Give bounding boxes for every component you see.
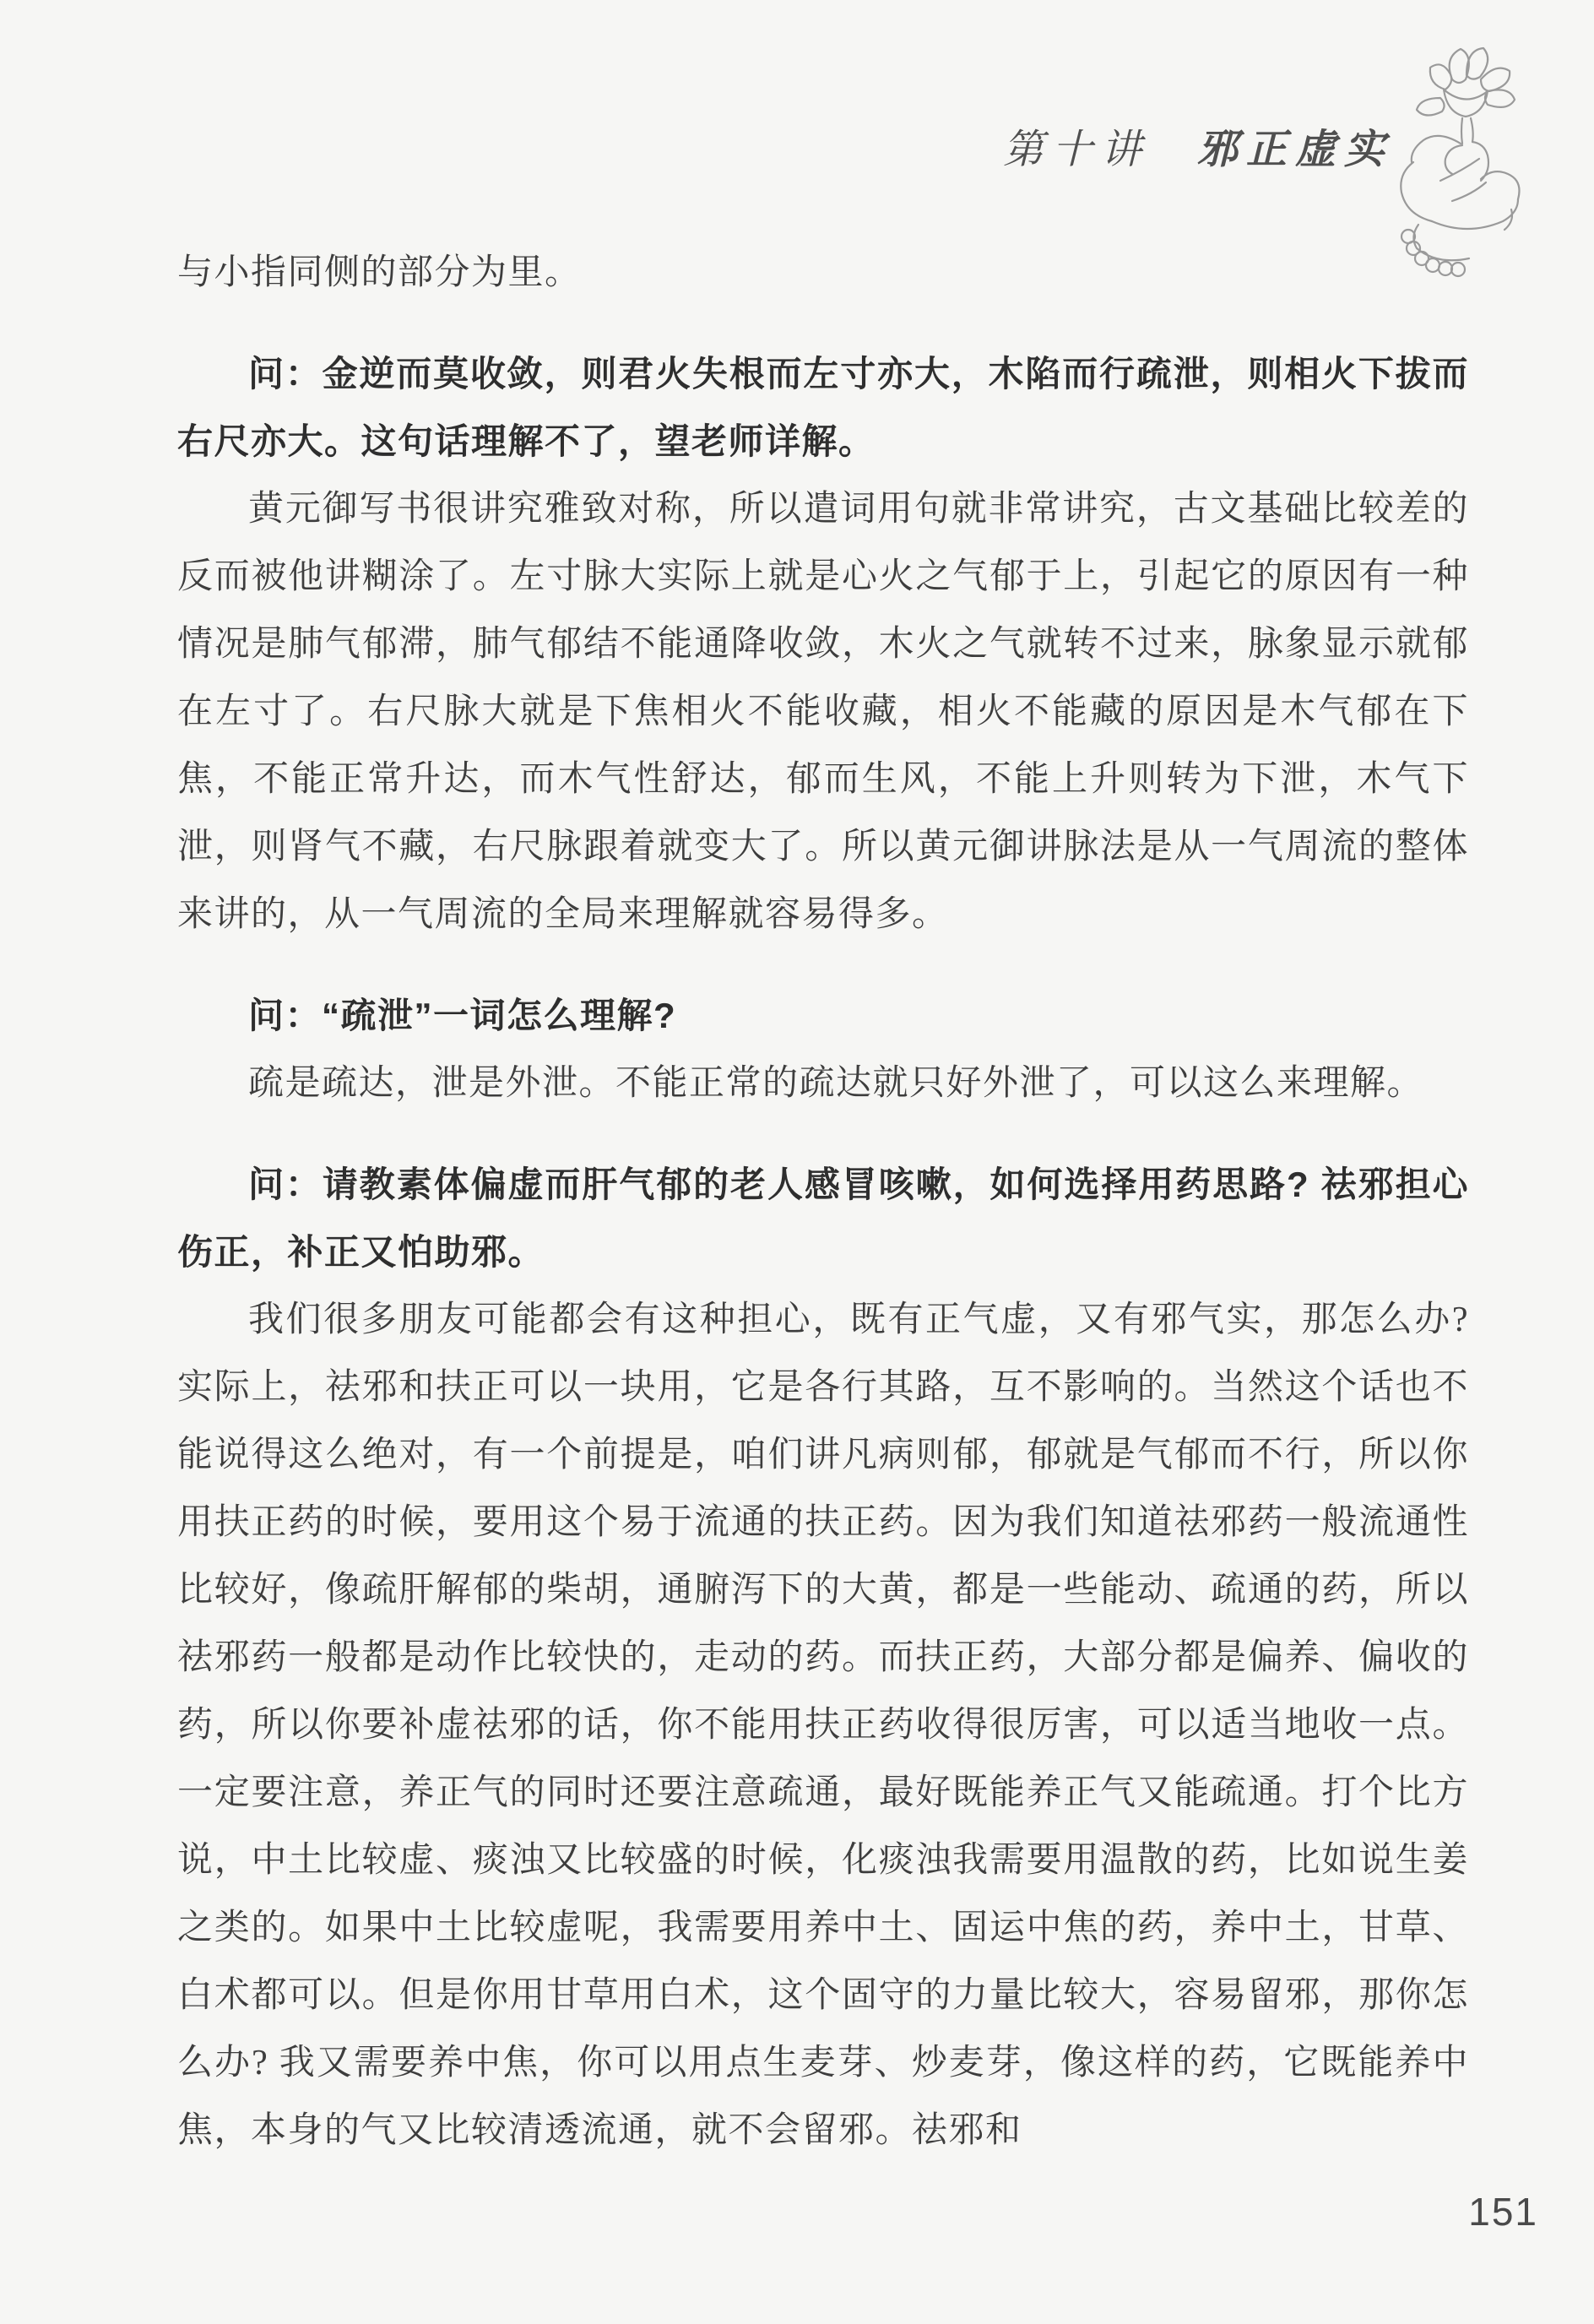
answer-paragraph: 疏是疏达，泄是外泄。不能正常的疏达就只好外泄了，可以这么来理解。	[177, 1050, 1469, 1117]
answer-paragraph: 我们很多朋友可能都会有这种担心，既有正气虚，又有邪气实，那怎么办? 实际上，祛邪…	[177, 1286, 1469, 2164]
paragraph-continuation: 与小指同侧的部分为里。	[177, 239, 1469, 307]
book-page: 第十讲邪正虚实	[0, 0, 1594, 2324]
question-paragraph: 问：“疏泄”一词怎么理解?	[177, 982, 1469, 1050]
question-paragraph: 问：请教素体偏虚而肝气郁的老人感冒咳嗽，如何选择用药思路? 祛邪担心伤正，补正又…	[177, 1151, 1469, 1286]
question-paragraph: 问：金逆而莫收敛，则君火失根而左寸亦大，木陷而行疏泄，则相火下拔而右尺亦大。这句…	[177, 340, 1469, 475]
page-number: 151	[1468, 2189, 1538, 2234]
text-column: 与小指同侧的部分为里。 问：金逆而莫收敛，则君火失根而左寸亦大，木陷而行疏泄，则…	[0, 0, 1594, 2164]
answer-paragraph: 黄元御写书很讲究雅致对称，所以遣词用句就非常讲究，古文基础比较差的反而被他讲糊涂…	[177, 475, 1469, 948]
